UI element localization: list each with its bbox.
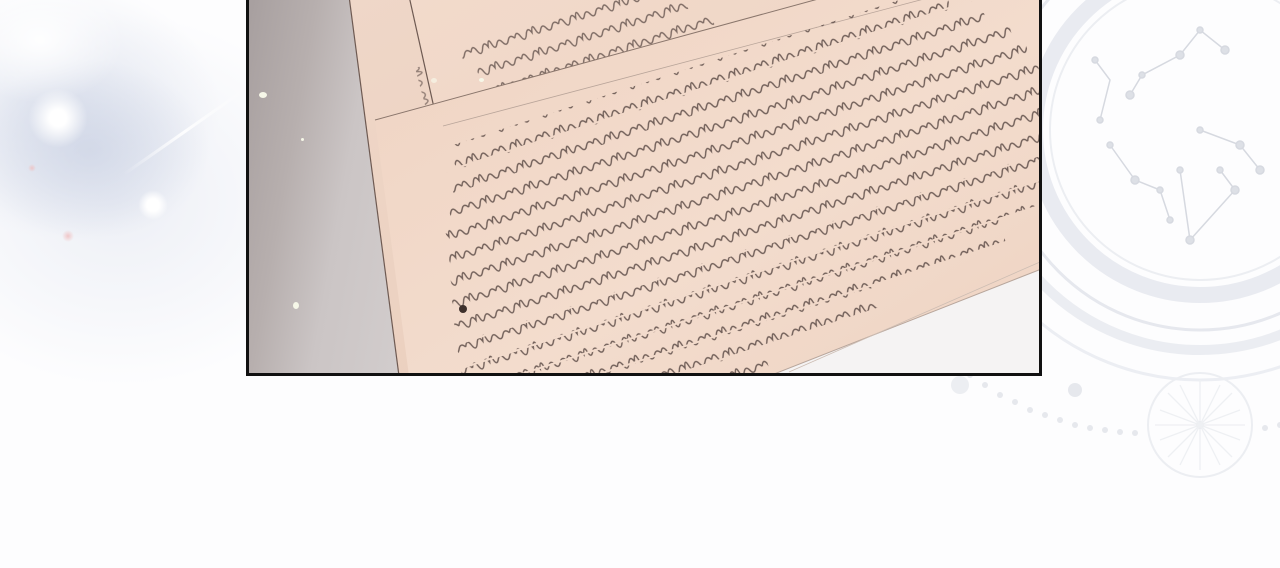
sparkle: [293, 302, 299, 309]
sparkle: [259, 92, 267, 98]
pink-sparkle: [62, 230, 74, 242]
light-orb: [28, 88, 88, 148]
sparkle: [301, 138, 304, 141]
comic-panel: [246, 0, 1042, 376]
sparkle: [431, 78, 437, 83]
sparkle: [479, 78, 484, 82]
pink-sparkle: [28, 164, 36, 172]
letters-illustration: [249, 0, 1042, 376]
light-orb: [138, 190, 168, 220]
